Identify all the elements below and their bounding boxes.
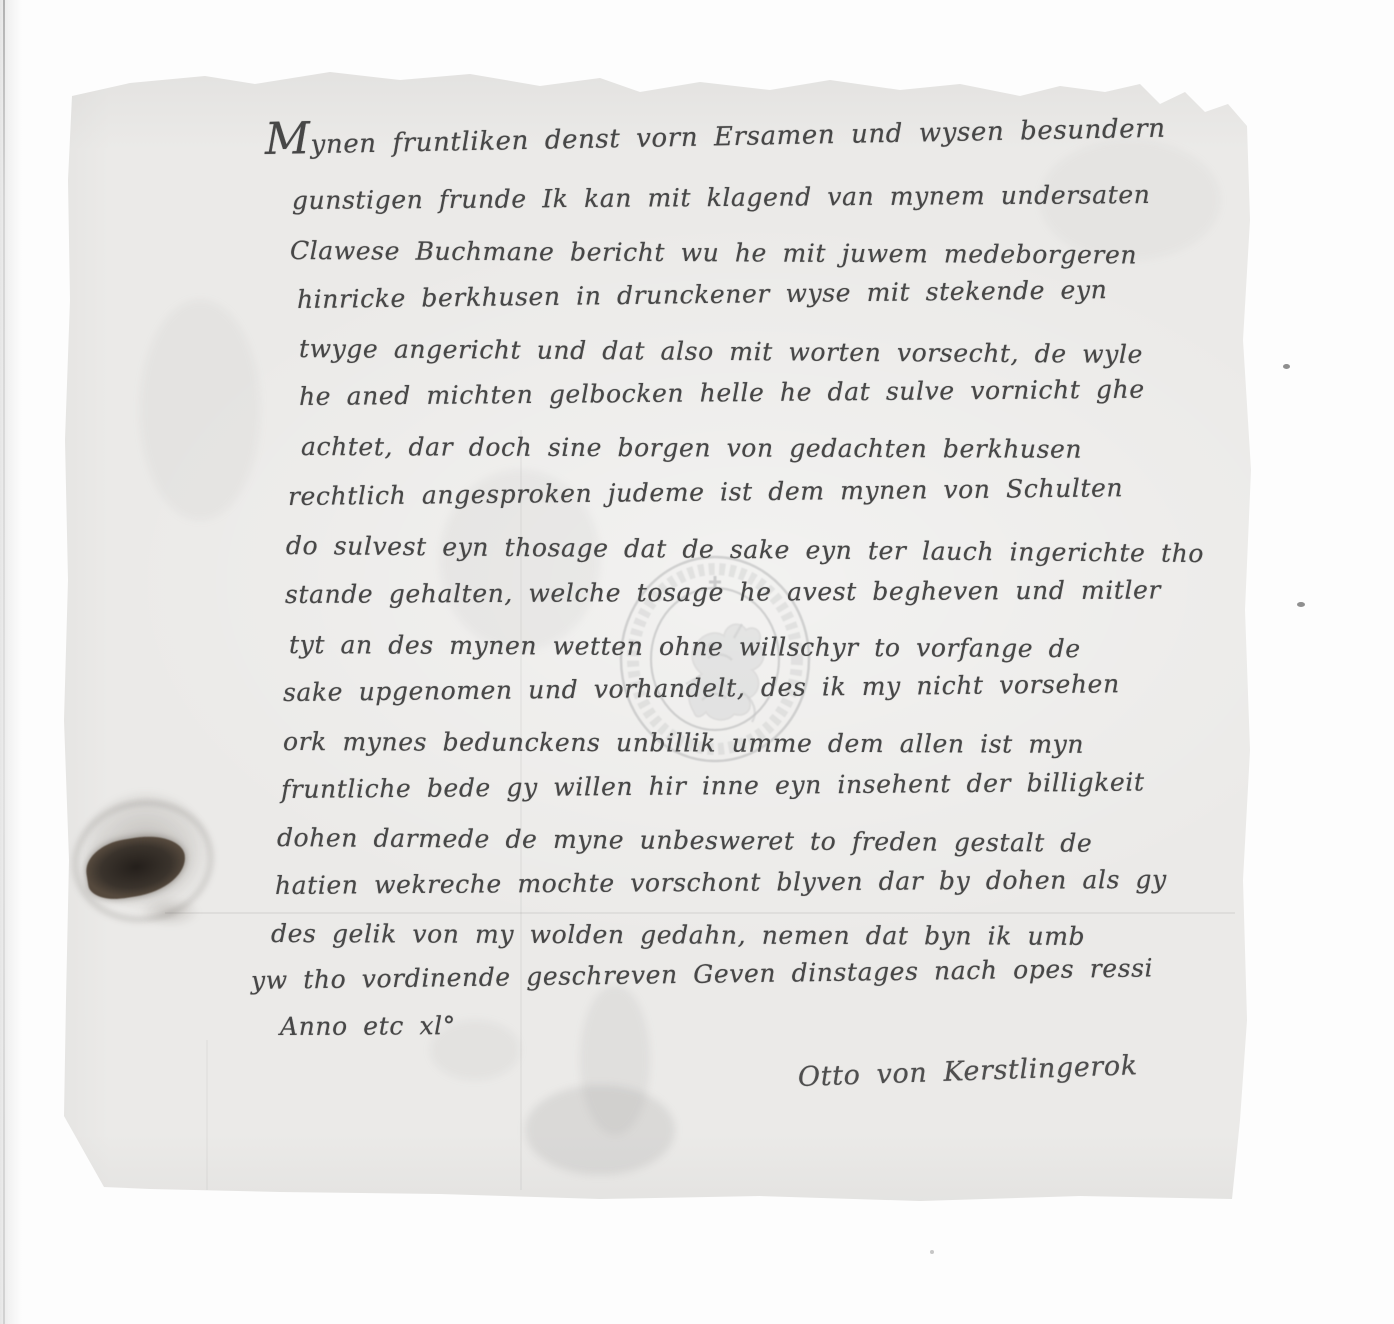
manuscript-line-10: stande gehalten, welche tosage he avest … — [285, 575, 1161, 609]
dust-speck — [1283, 364, 1290, 369]
manuscript-paper: Mynen fruntliken denst vorn Ersamen und … — [0, 0, 1394, 1324]
manuscript-line-02: gunstigen frunde Ik kan mit klagend van … — [292, 180, 1151, 215]
scanned-letter-page: Mynen fruntliken denst vorn Ersamen und … — [0, 0, 1394, 1324]
manuscript-line-15: dohen darmede de myne unbesweret to fred… — [277, 823, 1093, 858]
paper-stain — [140, 300, 260, 520]
manuscript-line-06: he aned michten gelbocken helle he dat s… — [299, 375, 1145, 411]
manuscript-line-03: Clawese Buchmane bericht wu he mit juwem… — [290, 236, 1137, 269]
dust-speck — [930, 1250, 934, 1254]
manuscript-line-12: sake upgenomen und vorhandelt, des ik my… — [283, 669, 1120, 707]
signature: Otto von Kerstlingerok — [797, 1050, 1138, 1093]
manuscript-line-14: fruntliche bede gy willen hir inne eyn i… — [281, 767, 1145, 804]
manuscript-date-line: Anno etc xl° — [280, 1011, 456, 1041]
manuscript-line-16: hatien wekreche mochte vorschont blyven … — [275, 865, 1167, 900]
manuscript-line-11: tyt an des mynen wetten ohne willschyr t… — [289, 630, 1081, 663]
fold-crease-vertical — [206, 1040, 208, 1190]
manuscript-line-08: rechtlich angesproken judeme ist dem myn… — [288, 473, 1123, 511]
manuscript-line-01: Mynen fruntliken denst vorn Ersamen und … — [265, 113, 1166, 161]
dust-speck — [1297, 602, 1305, 607]
manuscript-line-09: do sulvest eyn thosage dat de sake eyn t… — [286, 531, 1204, 568]
manuscript-line-07: achtet, dar doch sine borgen von gedacht… — [301, 432, 1082, 464]
manuscript-line-05: twyge angericht und dat also mit worten … — [299, 334, 1143, 369]
fold-crease-horizontal — [165, 912, 1235, 914]
manuscript-line-18: yw tho vordinende geschreven Geven dinst… — [251, 953, 1154, 995]
scanner-edge-line — [3, 0, 5, 1324]
wax-seal-smudge — [130, 892, 210, 932]
manuscript-line-17: des gelik von my wolden gedahn, nemen da… — [271, 919, 1085, 951]
manuscript-line-04: hinricke berkhusen in drunckener wyse mi… — [297, 275, 1108, 314]
manuscript-line-13: ork mynes bedunckens unbillik umme dem a… — [283, 727, 1084, 759]
ink-showthrough-mark — [580, 985, 650, 1135]
